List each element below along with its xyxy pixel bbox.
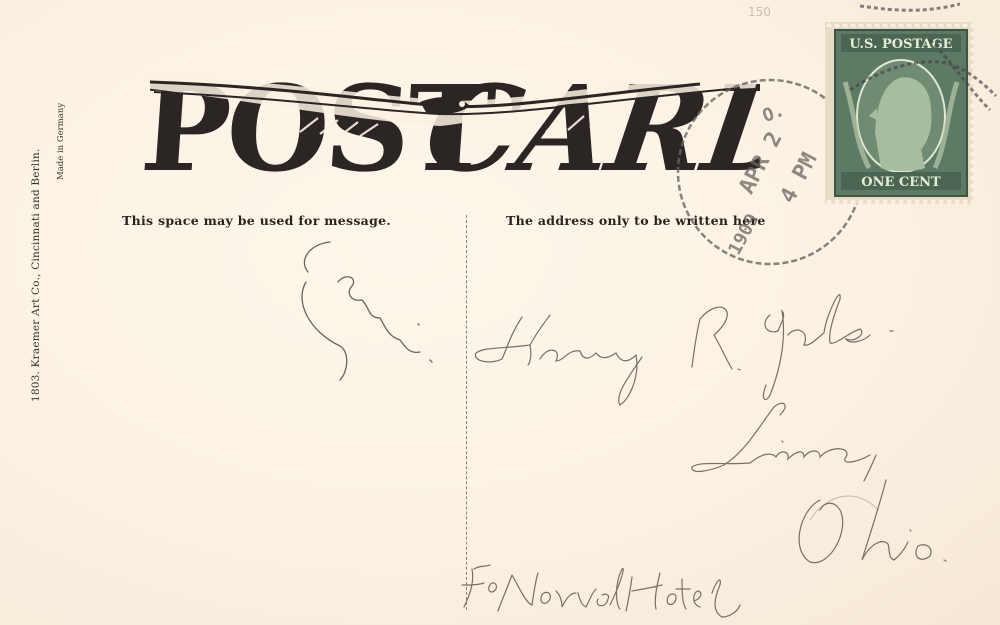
publisher-line: 1803. Kraemer Art Co., Cincinnati and Be…: [30, 148, 42, 402]
handwritten-city: Lima,: [680, 395, 900, 485]
svg-text:O.: O.: [760, 100, 788, 127]
handwriting-state-icon: [790, 480, 950, 570]
stamp-icon: U.S. POSTAGE ONE CENT: [825, 22, 973, 204]
svg-text:U.S. POSTAGE: U.S. POSTAGE: [849, 37, 952, 52]
message-caption: This space may be used for message.: [122, 213, 391, 228]
svg-text:1909: 1909: [724, 210, 763, 258]
handwriting-hotel-icon: [450, 555, 750, 625]
pencil-note: 150: [748, 5, 771, 19]
svg-text:4 PM: 4 PM: [776, 149, 823, 208]
handwriting-name-icon: [470, 275, 910, 410]
handwriting-city-icon: [680, 395, 900, 485]
svg-text:ONE CENT: ONE CENT: [861, 175, 941, 190]
postcard-back: 150 1803. Kraemer Art Co., Cincinnati an…: [0, 0, 1000, 625]
eagle-banner-icon: POST CARD: [140, 42, 760, 192]
post-card-headline: POST CARD POST CARD: [140, 42, 760, 192]
center-divider: [466, 215, 467, 610]
handwritten-hotel: % Norval Hotel: [450, 555, 750, 625]
handwritten-state: Ohio.: [790, 480, 950, 570]
made-in-label: Made in Germany: [56, 103, 66, 180]
handwriting-carrie-icon: [290, 232, 450, 382]
handwritten-recipient-name: Harry R. Yale.: [470, 275, 910, 410]
handwritten-message: Carrie: [290, 232, 450, 382]
postage-stamp: U.S. POSTAGE ONE CENT: [825, 22, 973, 204]
